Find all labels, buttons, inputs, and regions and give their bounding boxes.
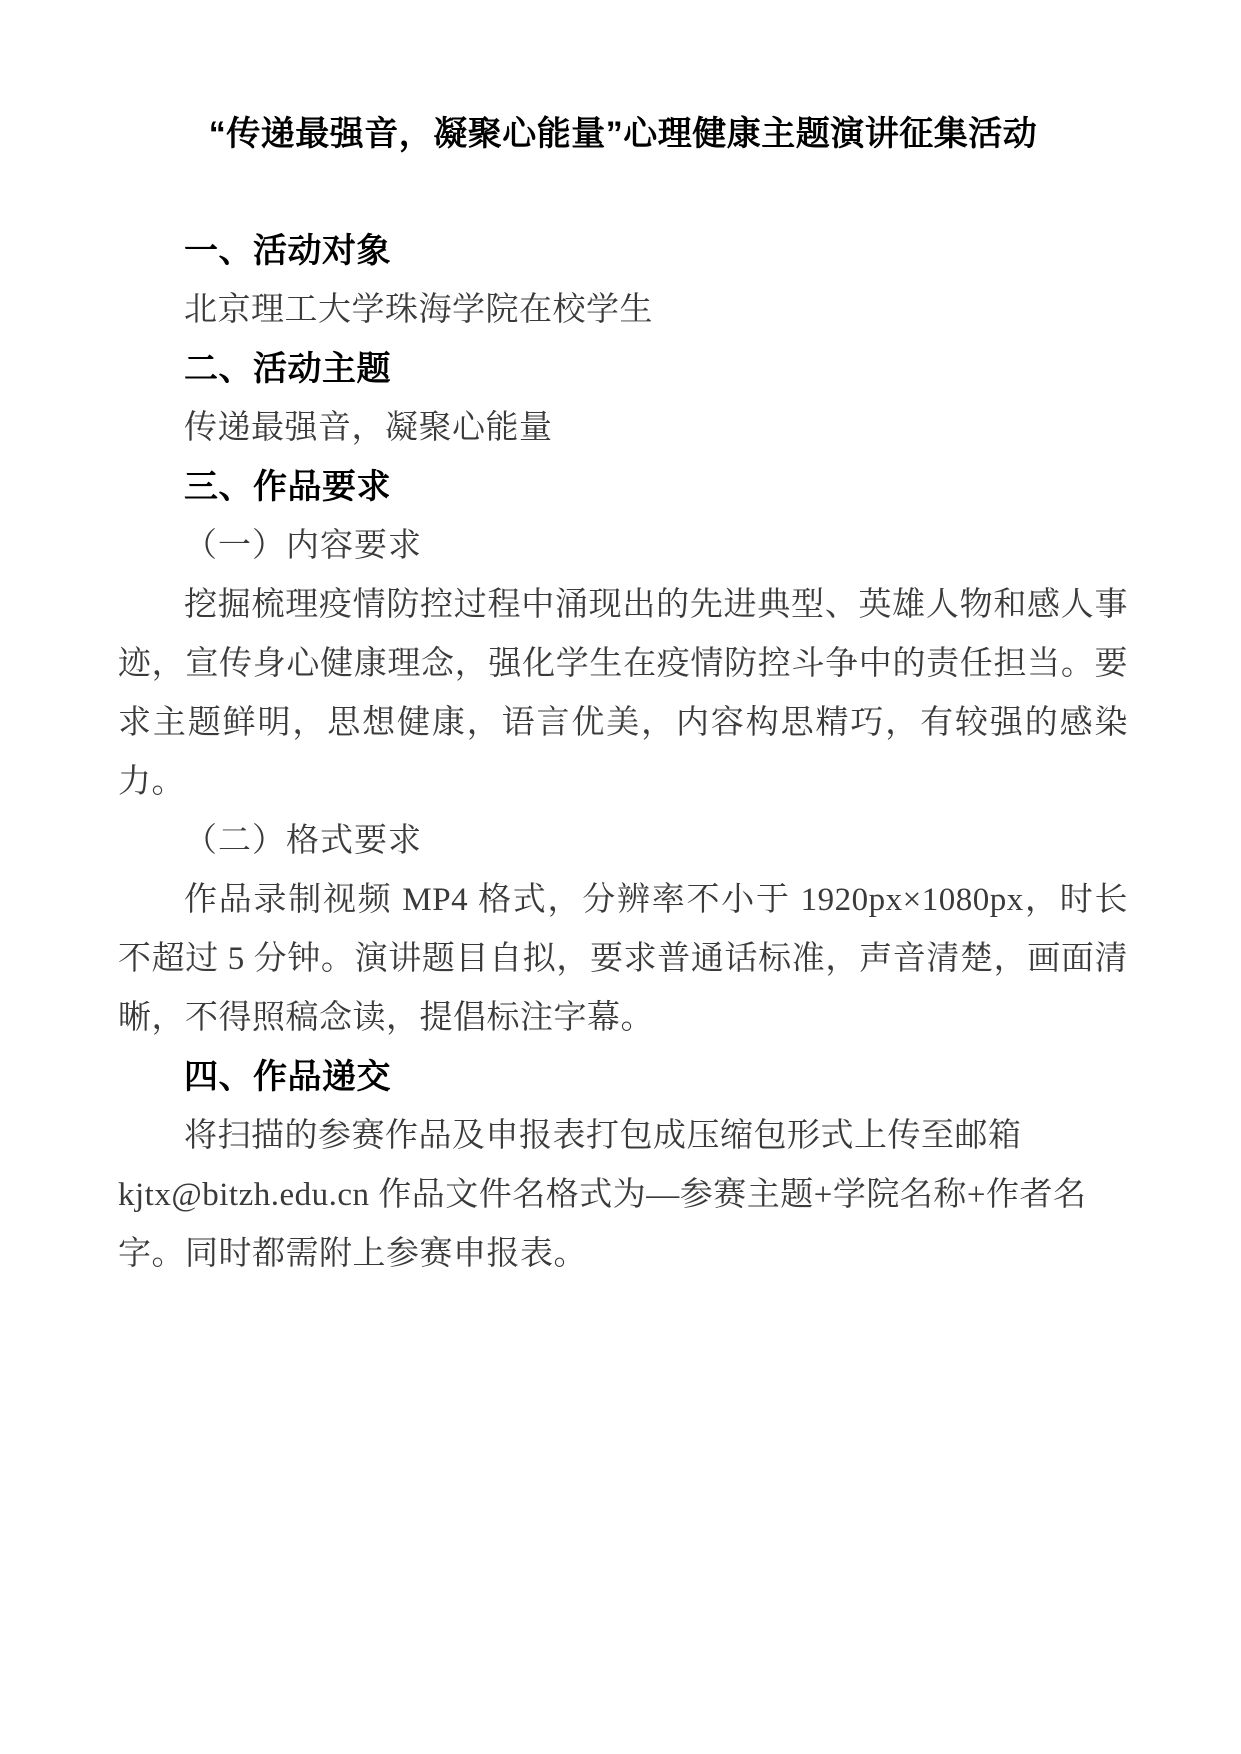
document-title: “传递最强音，凝聚心能量”心理健康主题演讲征集活动 — [118, 104, 1128, 164]
paragraph-work-submission: 将扫描的参赛作品及申报表打包成压缩包形式上传至邮箱 kjtx@bitzh.edu… — [118, 1107, 1128, 1284]
paragraph-activity-theme: 传递最强音，凝聚心能量 — [118, 399, 1128, 458]
section-heading-activity-target: 一、活动对象 — [118, 222, 1128, 281]
paragraph-format-requirements: 作品录制视频 MP4 格式，分辨率不小于 1920px×1080px，时长不超过… — [118, 871, 1128, 1048]
paragraph-content-requirements: 挖掘梳理疫情防控过程中涌现出的先进典型、英雄人物和感人事迹，宣传身心健康理念，强… — [118, 576, 1128, 812]
section-heading-activity-theme: 二、活动主题 — [118, 340, 1128, 399]
paragraph-activity-target: 北京理工大学珠海学院在校学生 — [118, 281, 1128, 340]
section-heading-work-requirements: 三、作品要求 — [118, 458, 1128, 517]
subheading-format-requirements: （二）格式要求 — [118, 812, 1128, 871]
document-page: “传递最强音，凝聚心能量”心理健康主题演讲征集活动 一、活动对象 北京理工大学珠… — [0, 0, 1241, 1754]
section-heading-work-submission: 四、作品递交 — [118, 1048, 1128, 1107]
subheading-content-requirements: （一）内容要求 — [118, 517, 1128, 576]
